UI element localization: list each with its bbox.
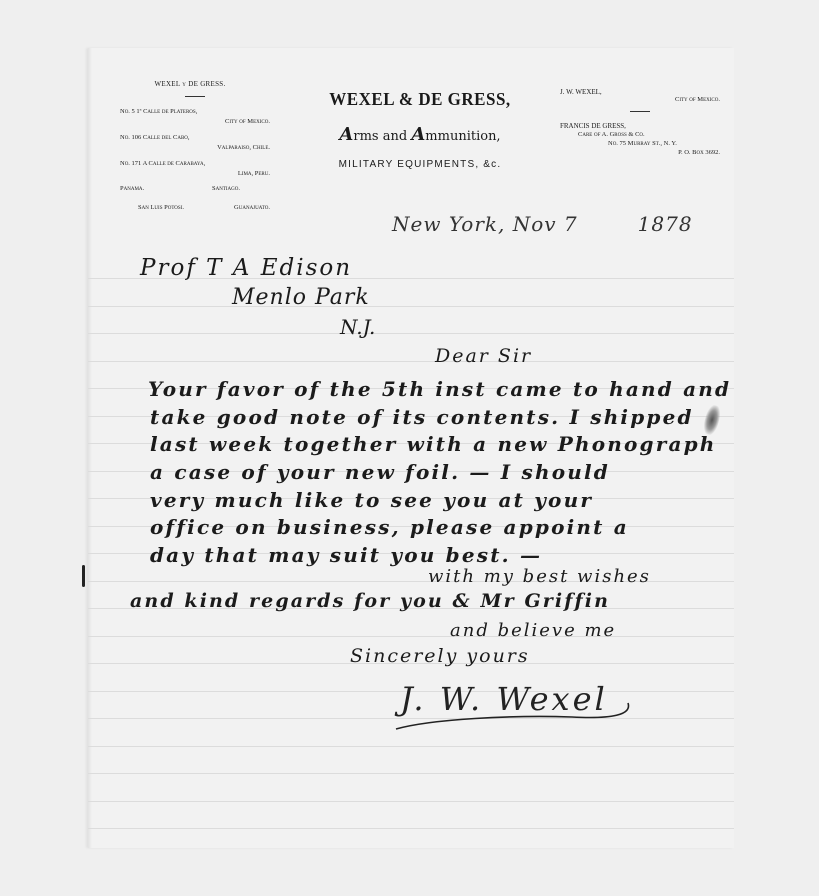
city: Santiago. (212, 185, 240, 192)
branch-address: No. 5 1ª Calle de Plateros, City of Mexi… (120, 107, 270, 127)
recipient-place: Menlo Park (232, 285, 370, 310)
ruled-line (88, 636, 734, 637)
closing-line: with my best wishes (428, 566, 651, 587)
body-line: office on business, please appoint a (150, 515, 629, 539)
place-date: New York, Nov 71878 (392, 212, 693, 236)
address-line: No. 106 Calle del Cabo, (120, 133, 270, 143)
body-line: last week together with a new Phonograph (150, 432, 717, 456)
subtitle: MILITARY EQUIPMENTS, &c. (300, 159, 540, 170)
divider (185, 96, 205, 97)
partner-1: J. W. WEXEL, City of Mexico. (560, 88, 720, 103)
city: Panama. (120, 185, 144, 192)
branch-cities: San Luis Potosi. Guanajuato. (120, 204, 270, 211)
ruled-line (88, 773, 734, 774)
partner-city: City of Mexico. (675, 96, 720, 103)
year: 1878 (638, 212, 693, 236)
divider (630, 111, 650, 112)
ruled-line (88, 306, 734, 307)
partner-name: FRANCIS DE GRESS, (560, 122, 720, 130)
ornate-cap: A (339, 124, 353, 145)
tagline-text: mmunition, (425, 129, 500, 144)
ruled-line (88, 801, 734, 802)
ornate-cap: A (411, 124, 425, 145)
letterhead-title: WEXEL & DE GRESS, Arms and Ammunition, M… (300, 90, 540, 170)
ruled-line (88, 828, 734, 829)
body-line: a case of your new foil. — I should (150, 460, 610, 484)
margin-mark (82, 565, 85, 587)
address-city: Lima, Peru. (120, 169, 270, 179)
signature-flourish (392, 695, 642, 735)
recipient-state: N.J. (340, 315, 375, 339)
body-line: take good note of its contents. I shippe… (150, 405, 694, 429)
branch-address: No. 171 A Calle de Carabaya, Lima, Peru. (120, 159, 270, 179)
branch-address: No. 106 Calle del Cabo, Valparaiso, Chil… (120, 133, 270, 153)
city: Guanajuato. (234, 204, 270, 211)
partner-name: J. W. WEXEL, (560, 88, 602, 103)
branch-firm-name: WEXEL y DE GRESS. (120, 80, 260, 88)
address-line: No. 5 1ª Calle de Plateros, (120, 107, 270, 117)
firm-name: WEXEL & DE GRESS, (300, 90, 540, 111)
tagline-text: rms and (353, 129, 411, 144)
salutation: Dear Sir (435, 345, 532, 367)
address-line: No. 171 A Calle de Carabaya, (120, 159, 270, 169)
ruled-line (88, 333, 734, 334)
ruled-line (88, 361, 734, 362)
body-line: very much like to see you at your (150, 488, 593, 512)
sheet-edge (88, 48, 92, 848)
date-text: New York, Nov 7 (392, 212, 578, 236)
street-address: No. 75 Murray St., N. Y. (560, 139, 720, 148)
branch-cities: Panama. Santiago. (120, 185, 270, 192)
city: San Luis Potosi. (138, 204, 184, 211)
tagline: Arms and Ammunition, (300, 124, 540, 145)
address-city: Valparaiso, Chile. (120, 143, 270, 153)
body-line: Your favor of the 5th inst came to hand … (148, 377, 731, 401)
letterhead-partners: J. W. WEXEL, City of Mexico. FRANCIS DE … (560, 88, 720, 157)
care-of: Care of A. Gross & Co. (560, 130, 720, 139)
closing-line: and kind regards for you & Mr Griffin (130, 590, 610, 612)
recipient-name: Prof T A Edison (140, 255, 352, 281)
body-line: day that may suit you best. — (150, 543, 542, 567)
closing-line: and believe me (450, 620, 616, 641)
address-city: City of Mexico. (120, 117, 270, 127)
letterhead-branches: WEXEL y DE GRESS. No. 5 1ª Calle de Plat… (120, 80, 270, 211)
po-box: P. O. Box 3692. (560, 148, 720, 157)
ruled-line (88, 746, 734, 747)
closing-line: Sincerely yours (350, 645, 530, 667)
